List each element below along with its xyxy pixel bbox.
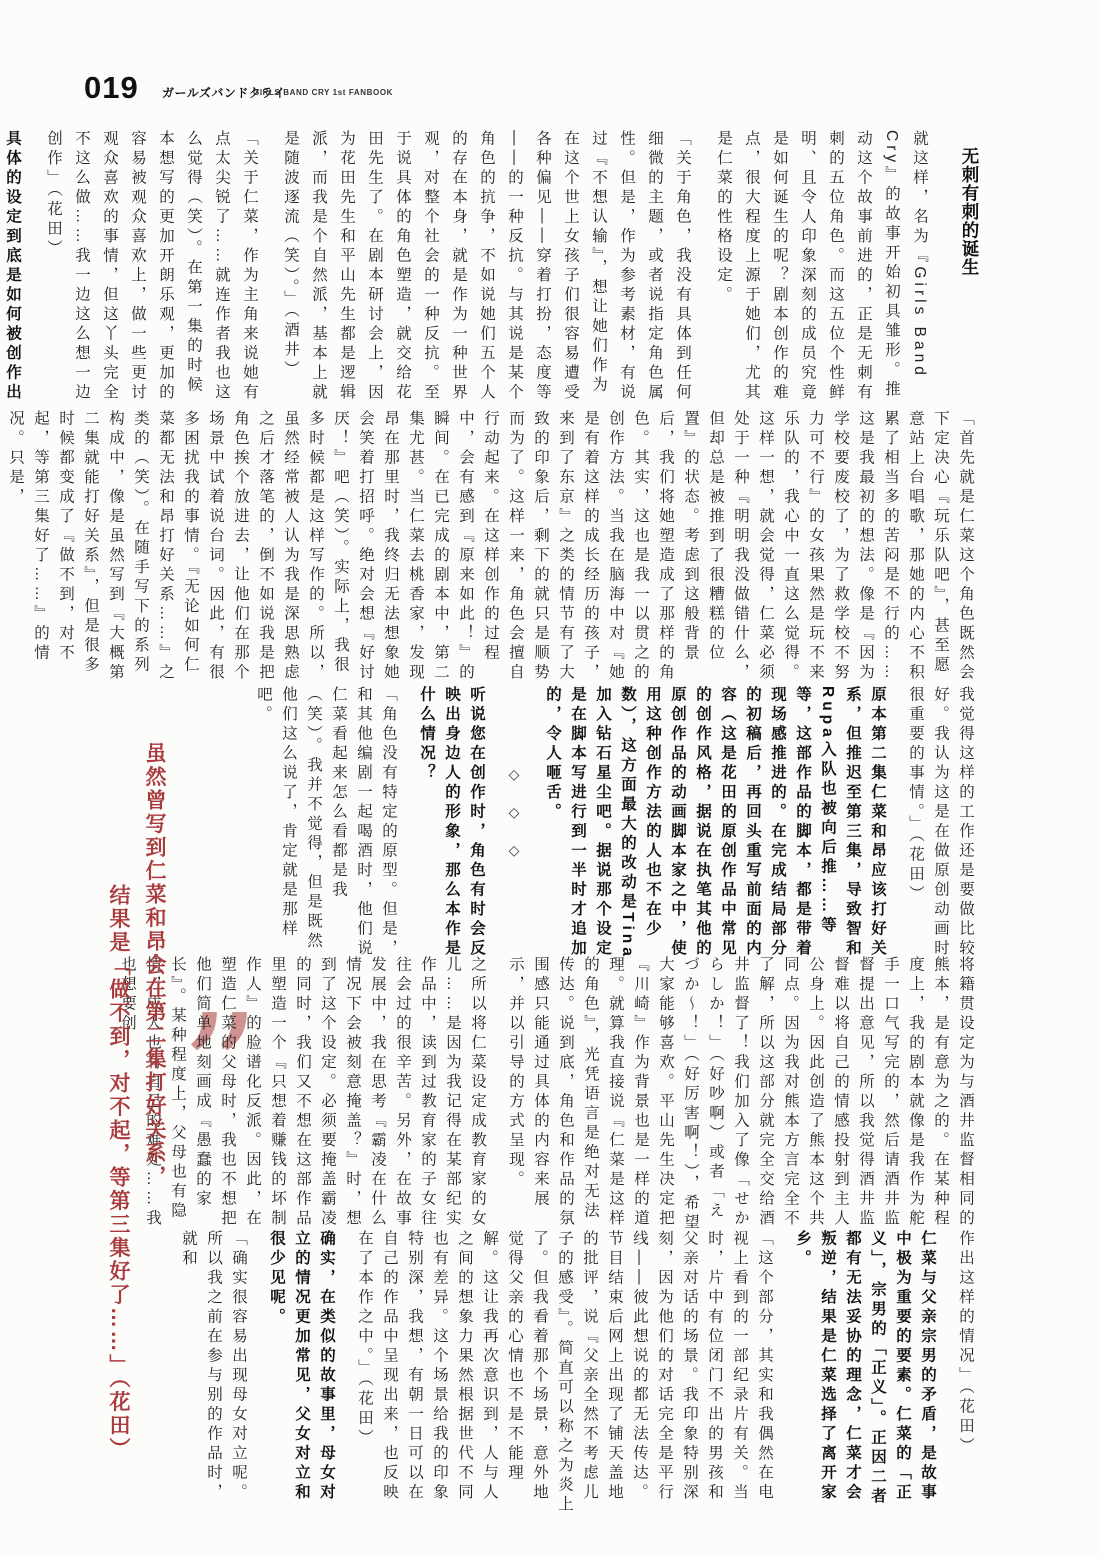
answer-paragraph: 「这个部分，其实和我偶然在电视上看到的一部纪录片有关。当时，片中有位闭门不出的男… xyxy=(352,1230,777,1522)
answer-paragraph: 「关于仁菜，作为主角来说她有点太尖锐了……就连作者我也这么觉得（笑）。在第一集的… xyxy=(39,130,263,406)
interview-question: 具体的设定到底是如何被创作出来的呢？ xyxy=(0,130,26,406)
interview-question: 确实，在类似的故事里，母女对立的情况更加常见，父女对立和很少见呢。 xyxy=(264,1230,339,1522)
page-number: 019 xyxy=(84,70,139,106)
text-band-2: 「首先就是仁菜这个角色既然会下定决心『玩乐队吧』，甚至愿意站上台唱歌，那她的内心… xyxy=(82,410,978,688)
answer-paragraph: 作出这样的情况」（花田） xyxy=(953,1230,978,1522)
red-pull-quote: 虽然曾写到仁菜和昂会在第二集打好关系， 结果是「做不到，对不起，等第三集好了……… xyxy=(94,742,172,1502)
answer-paragraph: 「关于角色，我没有具体到任何细微的主题，或者说指定角色属性。但是，作为参考素材，… xyxy=(276,130,696,406)
answer-paragraph: 将籍贯设定为与酒井监督相同的熊本，是有意为之的。在某种程度上，我的剧本就像是我作… xyxy=(503,956,978,1234)
fanbook-page: 019 ガールズバンドクライ GIRLS BAND CRY 1st FANBOO… xyxy=(0,0,1100,1556)
answer-paragraph: 「角色没有特定的原型。但是，和其他编剧一起喝酒时，他们说仁菜看起来怎么看都是我（… xyxy=(251,686,401,962)
answer-paragraph: 我觉得这样的工作还是要做比较好。我认为这是在做原创动画时很重要的事情。」（花田） xyxy=(903,686,978,962)
narration-paragraph: 原本第二集仁菜和昂应该打好关系，但推迟至第三集，导致智和Rupa入队也被向后推…… xyxy=(540,686,890,962)
pull-quote-line-1: 虽然曾写到仁菜和昂会在第二集打好关系， xyxy=(136,742,172,1502)
pull-quote-line-2: 结果是「做不到，对不起，等第三集好了……」（花田） xyxy=(100,742,136,1502)
interview-question: 听说您在创作时，角色有时会反映出身边人的形象，那么本作是什么情况？ xyxy=(414,686,489,962)
text-band-1: 就这样，名为『Girls Band Cry』的故事开始初具雏形。推动这个故事前进… xyxy=(81,130,933,406)
article-title: 无刺有刺的诞生 xyxy=(958,147,983,277)
text-band-4: 将籍贯设定为与酒井监督相同的熊本，是有意为之的。在某种程度上，我的剧本就像是我作… xyxy=(186,956,978,1234)
narration-paragraph: 仁菜与父亲宗男的矛盾，是故事中极为重要的要素。仁菜的「正义」，宗男的「正义」。正… xyxy=(790,1230,940,1522)
text-band-5: 作出这样的情况」（花田） 仁菜与父亲宗男的矛盾，是故事中极为重要的要素。仁菜的「… xyxy=(166,1230,978,1522)
answer-paragraph: 「确实很容易出现母女对立呢。所以我之前在参与别的作品时，就和 xyxy=(176,1230,251,1522)
intro-paragraph: 就这样，名为『Girls Band Cry』的故事开始初具雏形。推动这个故事前进… xyxy=(709,130,933,406)
text-band-3: 我觉得这样的工作还是要做比较好。我认为这是在做原创动画时很重要的事情。」（花田）… xyxy=(278,686,978,962)
diamond-separator: ◇◇◇ xyxy=(502,686,527,962)
fanbook-subtitle: GIRLS BAND CRY 1st FANBOOK xyxy=(253,88,393,97)
answer-paragraph: 「首先就是仁菜这个角色既然会下定决心『玩乐队吧』，甚至愿意站上台唱歌，那她的内心… xyxy=(3,410,978,688)
